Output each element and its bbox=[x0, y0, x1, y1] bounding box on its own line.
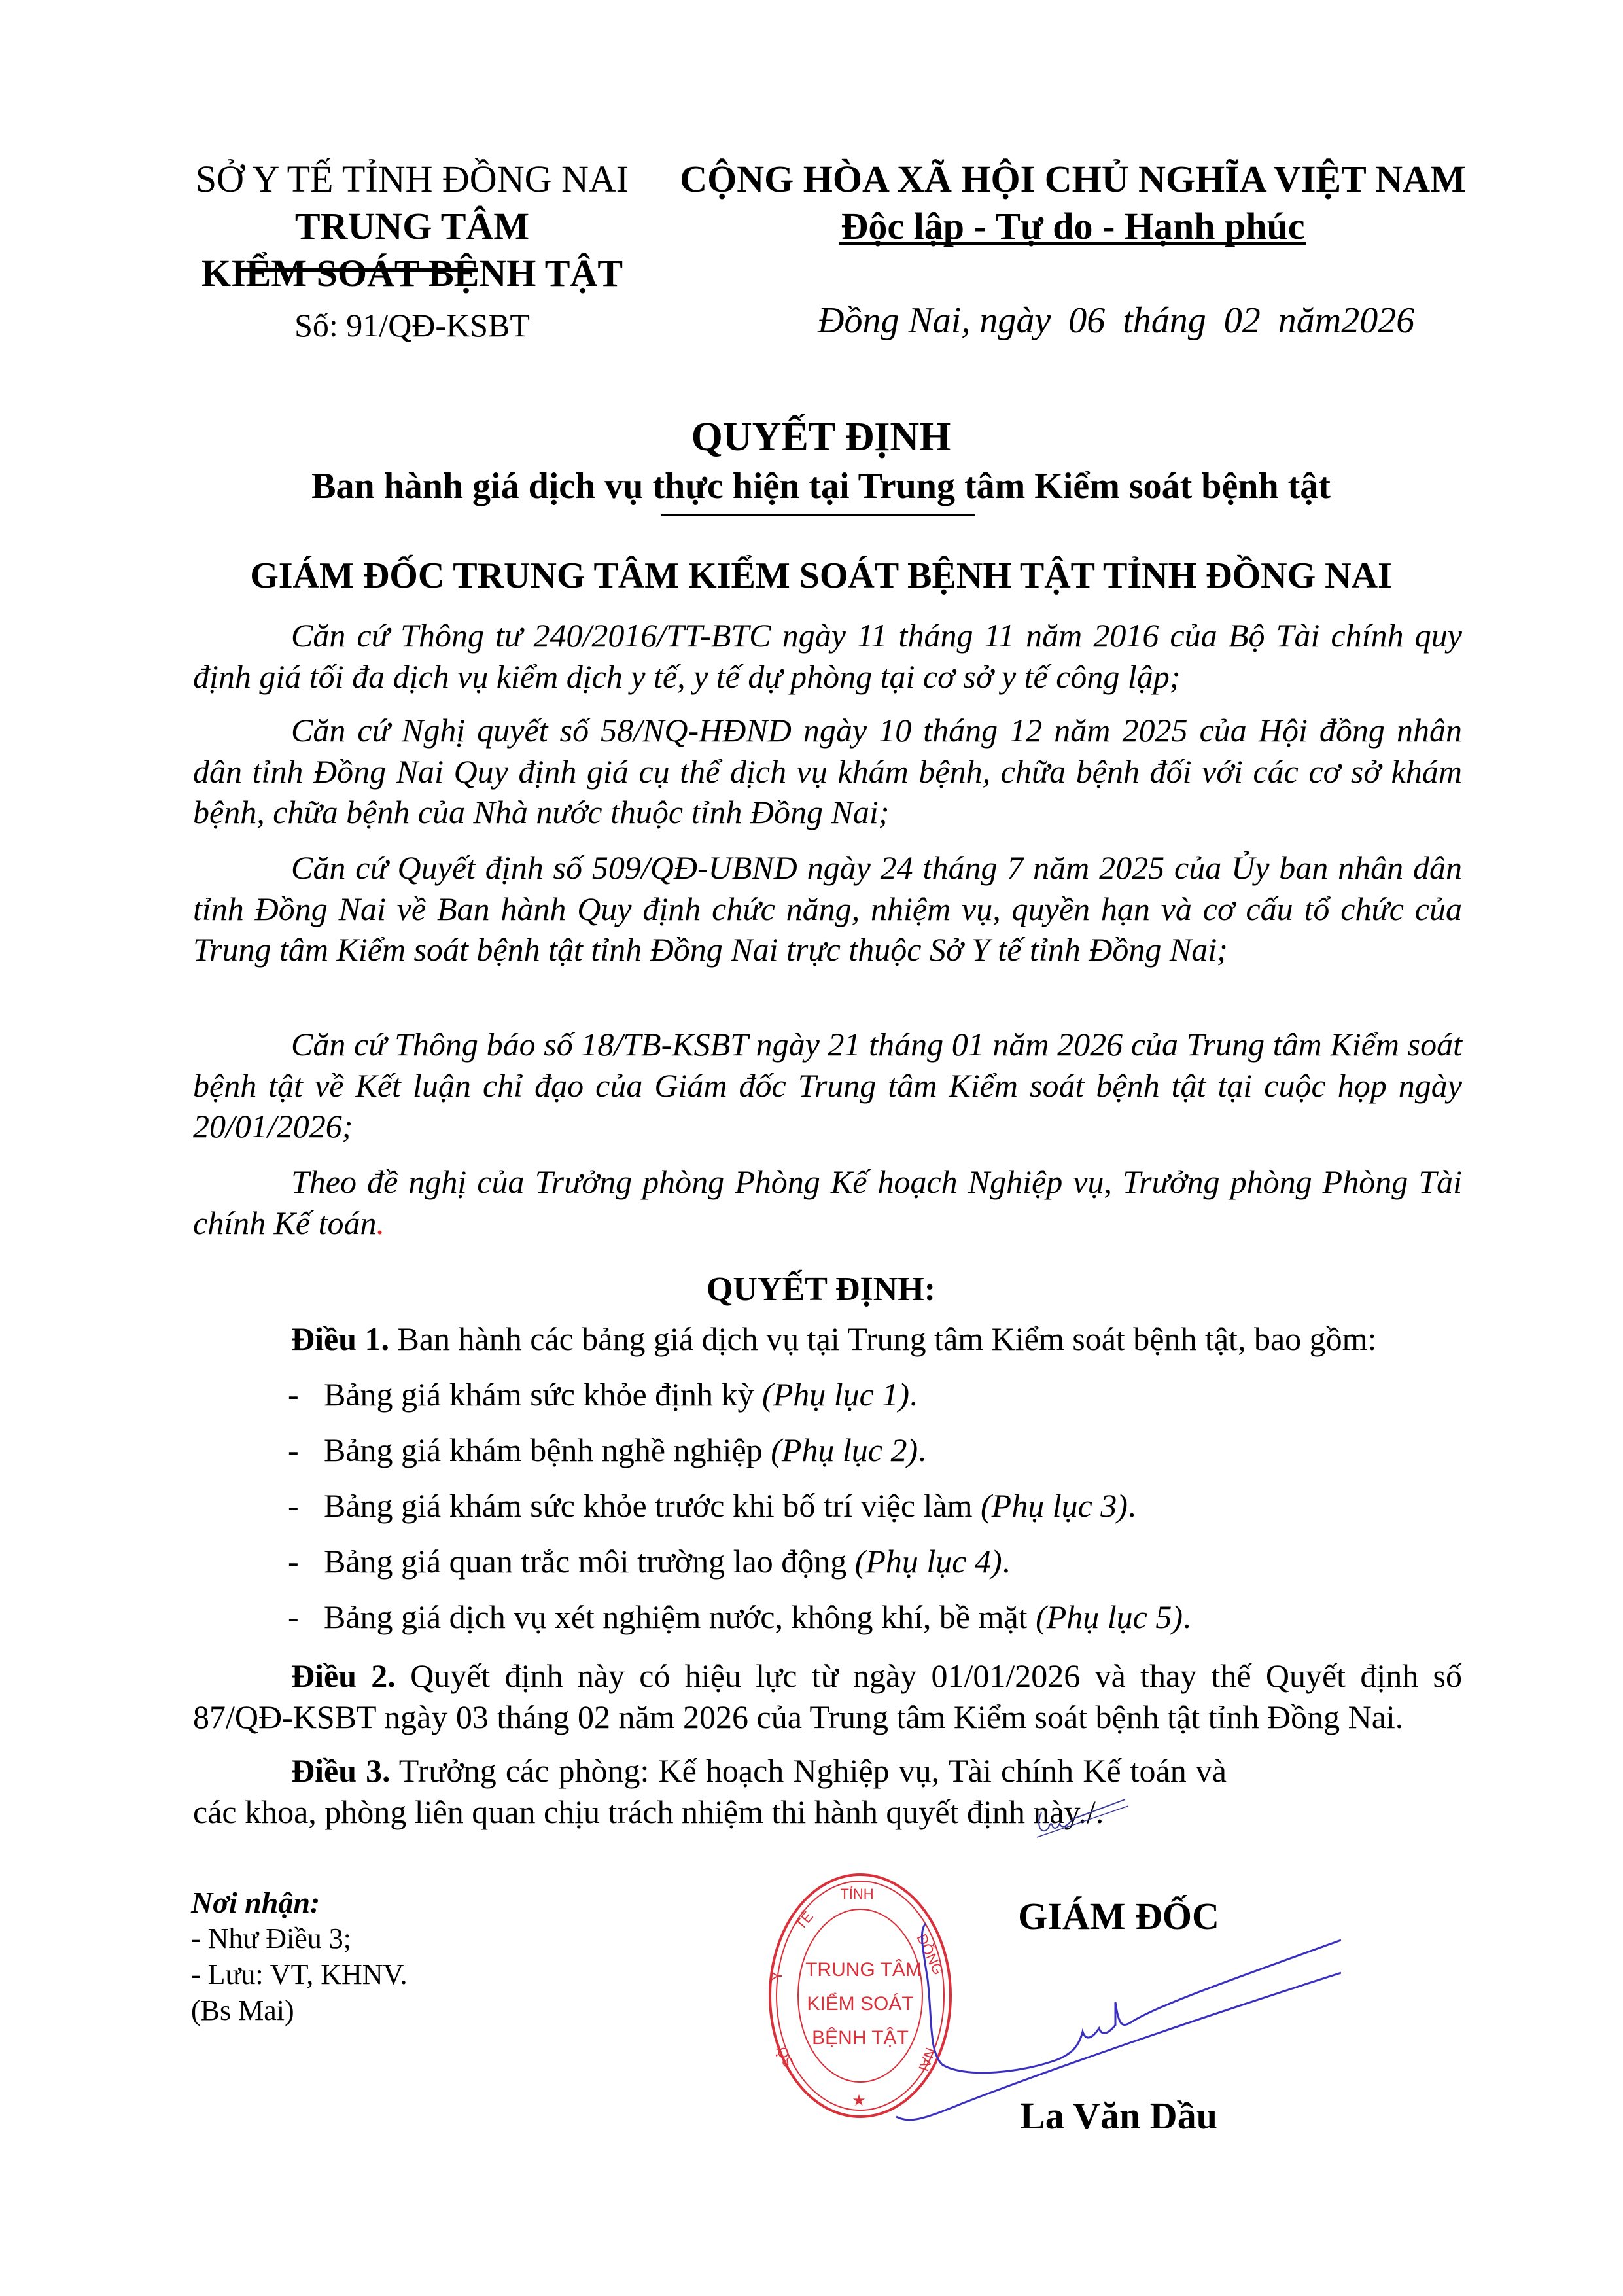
agency-name-line2: KIỂM SOÁT BỆNH TẬT bbox=[183, 250, 641, 297]
signer-name: La Văn Dầu bbox=[929, 2094, 1308, 2138]
recipients-block: Nơi nhận: - Như Điều 3; - Lưu: VT, KHNV.… bbox=[191, 1884, 408, 2028]
date-prefix: Đồng Nai, ngày bbox=[818, 300, 1051, 341]
parent-agency: SỞ Y TẾ TỈNH ĐỒNG NAI bbox=[183, 156, 641, 203]
date-year-label: năm bbox=[1278, 300, 1341, 341]
article-2-label: Điều 2. bbox=[291, 1657, 396, 1694]
date-day: 06 bbox=[1051, 300, 1123, 342]
article-1-label: Điều 1. bbox=[291, 1320, 389, 1357]
recipient-line: - Lưu: VT, KHNV. bbox=[191, 1956, 408, 1992]
legal-basis-3: Căn cứ Quyết định số 509/QĐ-UBND ngày 24… bbox=[193, 847, 1462, 970]
agency-underline bbox=[237, 268, 478, 272]
document-number: Số: 91/QĐ-KSBT bbox=[183, 306, 641, 344]
list-item: -Bảng giá khám sức khỏe trước khi bố trí… bbox=[288, 1485, 1136, 1526]
article-1-text: Ban hành các bảng giá dịch vụ tại Trung … bbox=[389, 1320, 1376, 1357]
signer-title: GIÁM ĐỐC bbox=[929, 1894, 1308, 1938]
document-subtitle: Ban hành giá dịch vụ thực hiện tại Trung… bbox=[183, 463, 1459, 509]
legal-basis-4: Căn cứ Thông báo số 18/TB-KSBT ngày 21 t… bbox=[193, 1024, 1462, 1147]
date-month-label: tháng bbox=[1123, 300, 1206, 341]
national-header: CỘNG HÒA XÃ HỘI CHỦ NGHĨA VIỆT NAM Độc l… bbox=[654, 156, 1492, 250]
list-item: -Bảng giá dịch vụ xét nghiệm nước, không… bbox=[288, 1597, 1191, 1637]
legal-basis-1: Căn cứ Thông tư 240/2016/TT-BTC ngày 11 … bbox=[193, 615, 1462, 697]
initial-signature-mark bbox=[1034, 1793, 1132, 1839]
svg-text:Y: Y bbox=[769, 1971, 785, 1981]
proposal-paragraph: Theo đề nghị của Trưởng phòng Phòng Kế h… bbox=[193, 1161, 1462, 1243]
proposal-end-mark: . bbox=[377, 1205, 385, 1241]
date-month: 02 bbox=[1206, 300, 1278, 342]
legal-basis-2: Căn cứ Nghị quyết số 58/NQ-HĐND ngày 10 … bbox=[193, 710, 1462, 833]
document-title: QUYẾT ĐỊNH bbox=[183, 411, 1459, 463]
list-item: -Bảng giá khám bệnh nghề nghiệp (Phụ lục… bbox=[288, 1430, 926, 1470]
motto-underline bbox=[839, 242, 1306, 245]
list-item: -Bảng giá khám sức khỏe định kỳ (Phụ lục… bbox=[288, 1374, 917, 1415]
recipient-line: - Như Điều 3; bbox=[191, 1920, 408, 1956]
svg-text:TỈNH: TỈNH bbox=[840, 1886, 873, 1902]
date-year: 2026 bbox=[1341, 300, 1414, 341]
subtitle-underline bbox=[661, 514, 975, 516]
nation-name: CỘNG HÒA XÃ HỘI CHỦ NGHĨA VIỆT NAM bbox=[654, 156, 1492, 203]
agency-name-line1: TRUNG TÂM bbox=[183, 203, 641, 250]
issuing-agency-block: SỞ Y TẾ TỈNH ĐỒNG NAI TRUNG TÂM KIỂM SOÁ… bbox=[183, 156, 641, 297]
article-1: Điều 1. Ban hành các bảng giá dịch vụ tạ… bbox=[193, 1318, 1462, 1360]
list-item: -Bảng giá quan trắc môi trường lao động … bbox=[288, 1541, 1010, 1581]
svg-text:★: ★ bbox=[852, 2092, 866, 2110]
recipient-line: (Bs Mai) bbox=[191, 1992, 408, 2028]
article-3-label: Điều 3. bbox=[291, 1752, 391, 1789]
issuer-heading: GIÁM ĐỐC TRUNG TÂM KIỂM SOÁT BỆNH TẬT TỈ… bbox=[183, 553, 1459, 599]
issue-date: Đồng Nai, ngày06tháng02năm2026 bbox=[818, 300, 1414, 342]
decision-heading: QUYẾT ĐỊNH: bbox=[183, 1268, 1459, 1311]
recipients-heading: Nơi nhận: bbox=[191, 1884, 408, 1920]
article-2: Điều 2. Quyết định này có hiệu lực từ ng… bbox=[193, 1655, 1462, 1737]
